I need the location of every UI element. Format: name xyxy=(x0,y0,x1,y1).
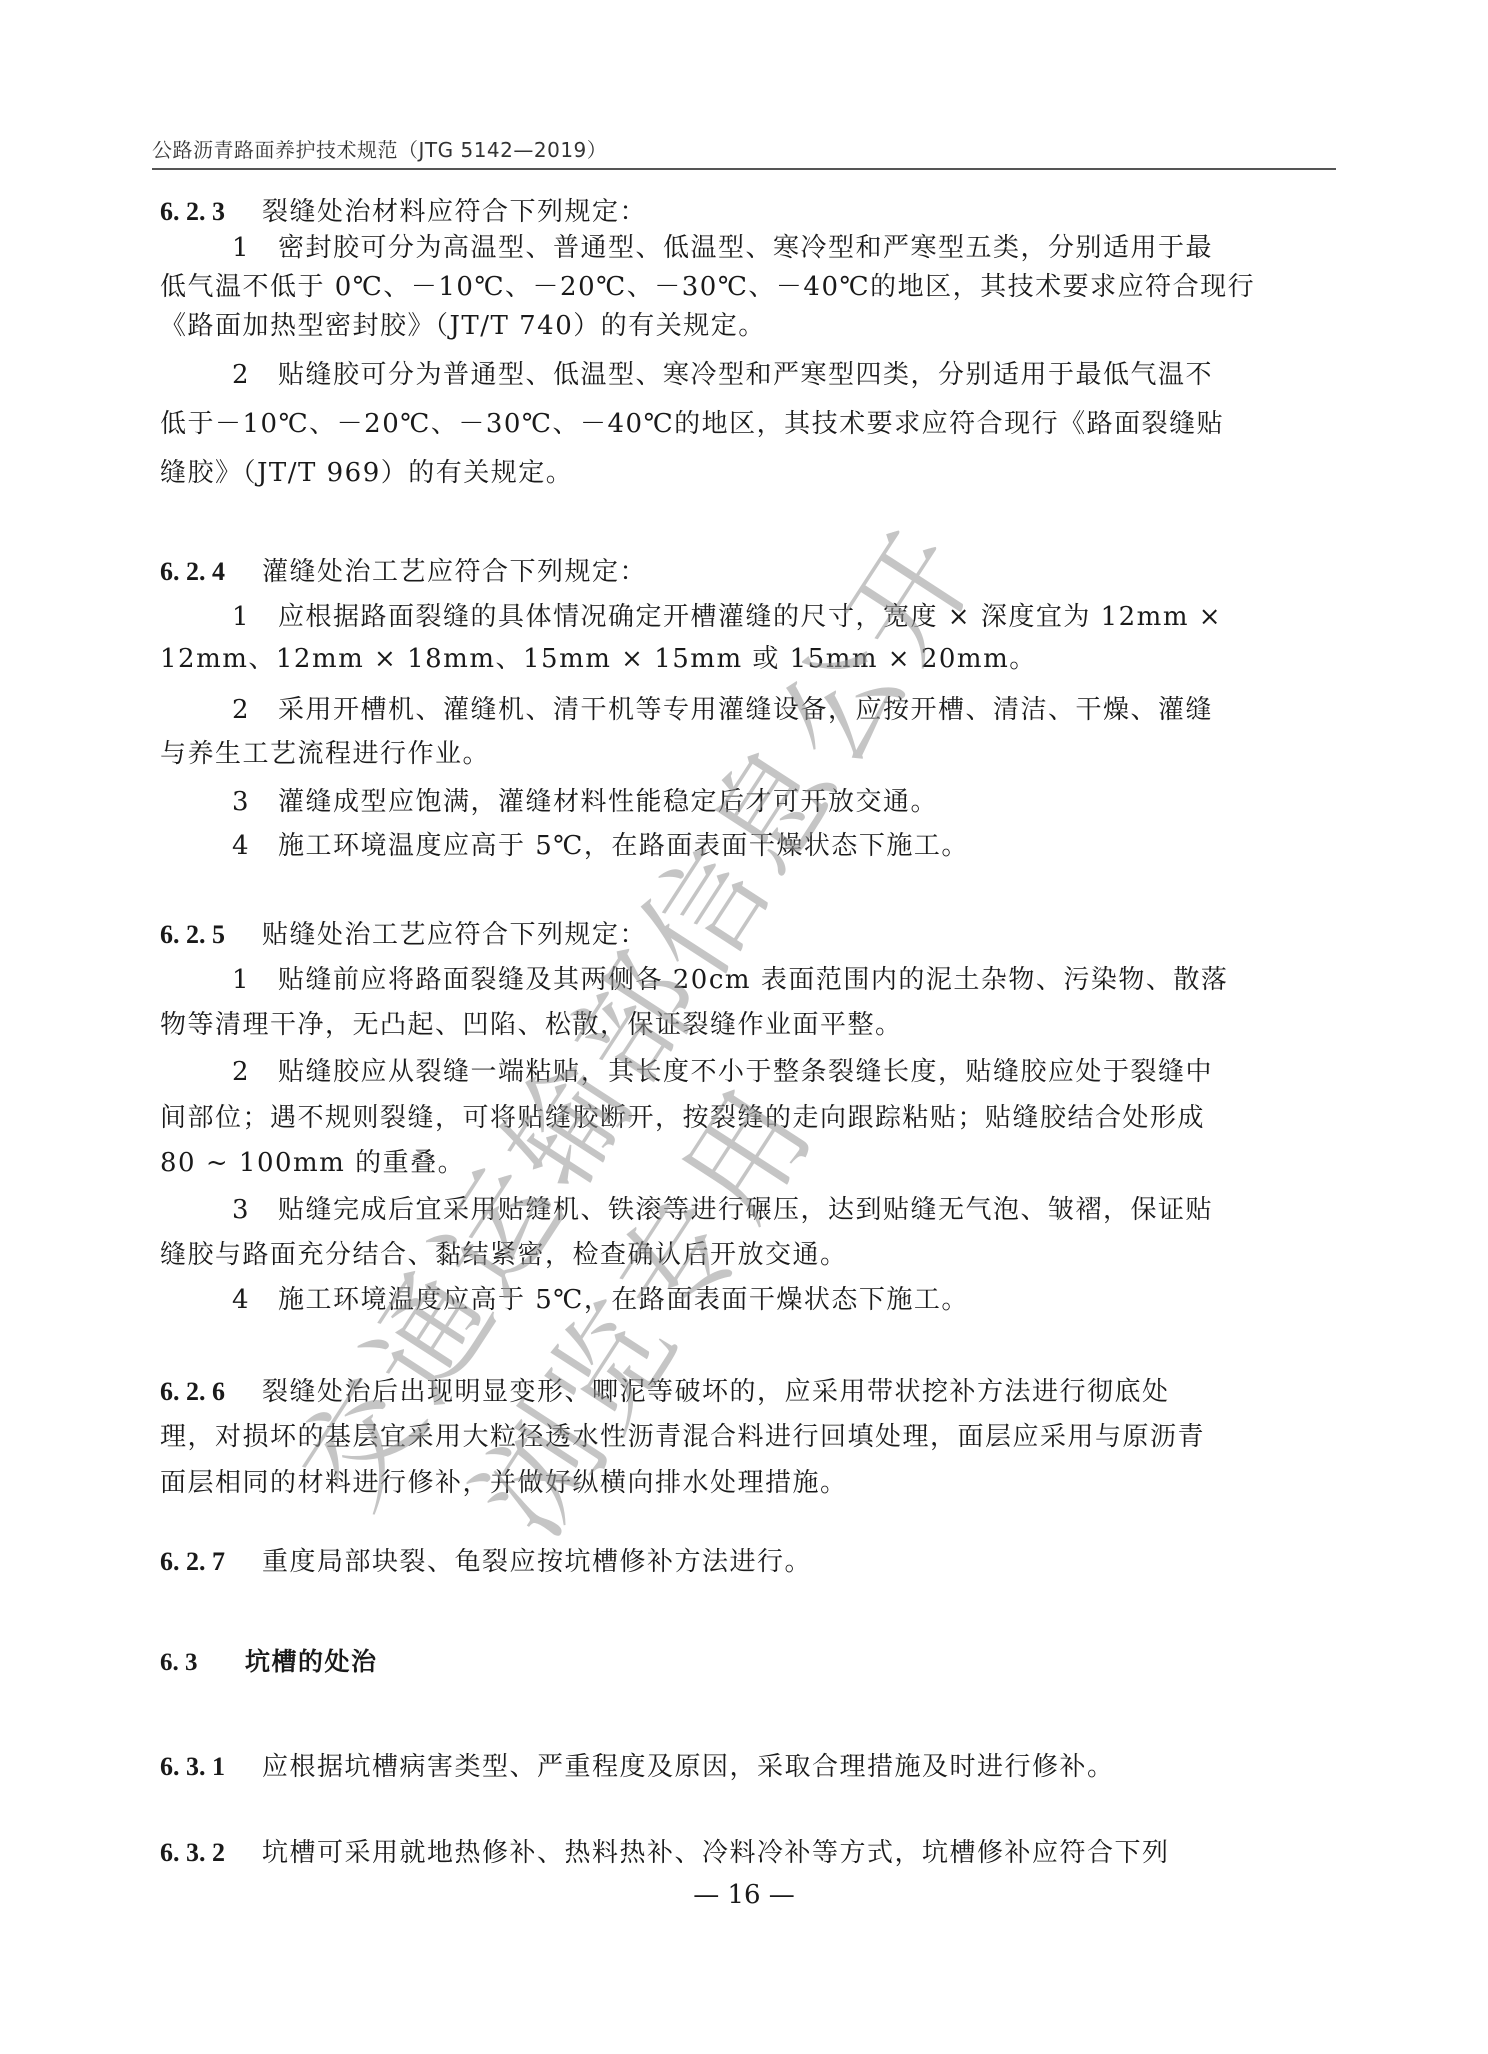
item-text: 贴缝胶可分为普通型、低温型、寒冷型和严寒型四类，分别适用于最低气温不 xyxy=(278,360,1213,390)
list-item: 1应根据路面裂缝的具体情况确定开槽灌缝的尺寸，宽度 × 深度宜为 12mm × xyxy=(232,600,1340,634)
item-text-continued: 物等清理干净，无凸起、凹陷、松散，保证裂缝作业面平整。 xyxy=(160,1008,1340,1042)
section-6-3-heading: 6. 3坑槽的处治 xyxy=(160,1645,1340,1680)
list-item: 1贴缝前应将路面裂缝及其两侧各 20cm 表面范围内的泥土杂物、污染物、散落 xyxy=(232,963,1340,997)
item-text: 施工环境温度应高于 5℃，在路面表面干燥状态下施工。 xyxy=(278,831,969,861)
item-number: 3 xyxy=(232,785,278,819)
item-text-continued: 与养生工艺流程进行作业。 xyxy=(160,737,1340,771)
clause-number: 6. 2. 4 xyxy=(160,555,262,589)
item-number: 1 xyxy=(232,963,278,997)
item-text: 贴缝胶应从裂缝一端粘贴，其长度不小于整条裂缝长度，贴缝胶应处于裂缝中 xyxy=(278,1057,1213,1087)
item-number: 2 xyxy=(232,1055,278,1089)
clause-6-2-5-heading: 6. 2. 5贴缝处治工艺应符合下列规定： xyxy=(160,918,1340,952)
clause-number: 6. 2. 5 xyxy=(160,918,262,952)
item-text-continued: 低于－10℃、－20℃、－30℃、－40℃的地区，其技术要求应符合现行《路面裂缝… xyxy=(160,407,1340,441)
clause-title: 裂缝处治材料应符合下列规定： xyxy=(262,197,647,227)
item-text: 灌缝成型应饱满，灌缝材料性能稳定后才可开放交通。 xyxy=(278,787,938,817)
list-item: 2贴缝胶可分为普通型、低温型、寒冷型和严寒型四类，分别适用于最低气温不 xyxy=(232,358,1340,392)
item-text-continued: 缝胶与路面充分结合、黏结紧密，检查确认后开放交通。 xyxy=(160,1238,1340,1272)
clause-text: 重度局部块裂、龟裂应按坑槽修补方法进行。 xyxy=(262,1547,812,1577)
item-number: 4 xyxy=(232,829,278,863)
clause-6-2-6: 6. 2. 6裂缝处治后出现明显变形、唧泥等破坏的，应采用带状挖补方法进行彻底处 xyxy=(160,1375,1340,1409)
item-text: 贴缝完成后宜采用贴缝机、铁滚等进行碾压，达到贴缝无气泡、皱褶，保证贴 xyxy=(278,1195,1213,1225)
item-text-continued: 低气温不低于 0℃、－10℃、－20℃、－30℃、－40℃的地区，其技术要求应符… xyxy=(160,270,1340,304)
clause-number: 6. 3. 1 xyxy=(160,1750,262,1784)
item-text-continued: 间部位；遇不规则裂缝，可将贴缝胶断开，按裂缝的走向跟踪粘贴；贴缝胶结合处形成 xyxy=(160,1101,1340,1135)
clause-6-2-3-heading: 6. 2. 3裂缝处治材料应符合下列规定： xyxy=(160,195,1340,229)
clause-6-3-2: 6. 3. 2坑槽可采用就地热修补、热料热补、冷料冷补等方式，坑槽修补应符合下列 xyxy=(160,1836,1340,1870)
clause-text: 裂缝处治后出现明显变形、唧泥等破坏的，应采用带状挖补方法进行彻底处 xyxy=(262,1377,1170,1407)
list-item: 1密封胶可分为高温型、普通型、低温型、寒冷型和严寒型五类，分别适用于最 xyxy=(232,231,1340,265)
item-text-continued: 缝胶》（JT/T 969）的有关规定。 xyxy=(160,456,1340,490)
running-header: 公路沥青路面养护技术规范（JTG 5142—2019） xyxy=(152,134,607,163)
clause-text: 应根据坑槽病害类型、严重程度及原因，采取合理措施及时进行修补。 xyxy=(262,1752,1115,1782)
list-item: 4施工环境温度应高于 5℃，在路面表面干燥状态下施工。 xyxy=(232,829,1340,863)
list-item: 3贴缝完成后宜采用贴缝机、铁滚等进行碾压，达到贴缝无气泡、皱褶，保证贴 xyxy=(232,1193,1340,1227)
clause-number: 6. 2. 3 xyxy=(160,195,262,229)
clause-6-3-1: 6. 3. 1应根据坑槽病害类型、严重程度及原因，采取合理措施及时进行修补。 xyxy=(160,1750,1340,1784)
clause-number: 6. 2. 6 xyxy=(160,1375,262,1409)
clause-title: 贴缝处治工艺应符合下列规定： xyxy=(262,920,647,950)
item-text-continued: 12mm、12mm × 18mm、15mm × 15mm 或 15mm × 20… xyxy=(160,642,1340,676)
list-item: 2采用开槽机、灌缝机、清干机等专用灌缝设备，应按开槽、清洁、干燥、灌缝 xyxy=(232,693,1340,727)
section-number: 6. 3 xyxy=(160,1646,245,1680)
header-rule xyxy=(152,168,1336,170)
item-text: 贴缝前应将路面裂缝及其两侧各 20cm 表面范围内的泥土杂物、污染物、散落 xyxy=(278,965,1228,995)
list-item: 3灌缝成型应饱满，灌缝材料性能稳定后才可开放交通。 xyxy=(232,785,1340,819)
item-number: 1 xyxy=(232,600,278,634)
section-title: 坑槽的处治 xyxy=(245,1647,378,1676)
clause-text: 坑槽可采用就地热修补、热料热补、冷料冷补等方式，坑槽修补应符合下列 xyxy=(262,1838,1170,1868)
item-number: 3 xyxy=(232,1193,278,1227)
list-item: 4施工环境温度应高于 5℃，在路面表面干燥状态下施工。 xyxy=(232,1283,1340,1317)
clause-6-2-4-heading: 6. 2. 4灌缝处治工艺应符合下列规定： xyxy=(160,555,1340,589)
clause-text-continued: 理，对损坏的基层宜采用大粒径透水性沥青混合料进行回填处理，面层应采用与原沥青 xyxy=(160,1420,1340,1454)
item-text-continued: 80 ~ 100mm 的重叠。 xyxy=(160,1146,1340,1180)
item-text: 应根据路面裂缝的具体情况确定开槽灌缝的尺寸，宽度 × 深度宜为 12mm × xyxy=(278,602,1222,632)
clause-number: 6. 3. 2 xyxy=(160,1836,262,1870)
clause-6-2-7: 6. 2. 7重度局部块裂、龟裂应按坑槽修补方法进行。 xyxy=(160,1545,1340,1579)
item-text: 采用开槽机、灌缝机、清干机等专用灌缝设备，应按开槽、清洁、干燥、灌缝 xyxy=(278,695,1213,725)
item-text: 施工环境温度应高于 5℃，在路面表面干燥状态下施工。 xyxy=(278,1285,969,1315)
item-number: 1 xyxy=(232,231,278,265)
page-number: — 16 — xyxy=(0,1880,1488,1910)
item-number: 2 xyxy=(232,693,278,727)
item-number: 4 xyxy=(232,1283,278,1317)
clause-text-continued: 面层相同的材料进行修补，并做好纵横向排水处理措施。 xyxy=(160,1466,1340,1500)
clause-title: 灌缝处治工艺应符合下列规定： xyxy=(262,557,647,587)
list-item: 2贴缝胶应从裂缝一端粘贴，其长度不小于整条裂缝长度，贴缝胶应处于裂缝中 xyxy=(232,1055,1340,1089)
item-text: 密封胶可分为高温型、普通型、低温型、寒冷型和严寒型五类，分别适用于最 xyxy=(278,233,1213,263)
clause-number: 6. 2. 7 xyxy=(160,1545,262,1579)
item-number: 2 xyxy=(232,358,278,392)
item-text-continued: 《路面加热型密封胶》（JT/T 740）的有关规定。 xyxy=(160,309,1340,343)
